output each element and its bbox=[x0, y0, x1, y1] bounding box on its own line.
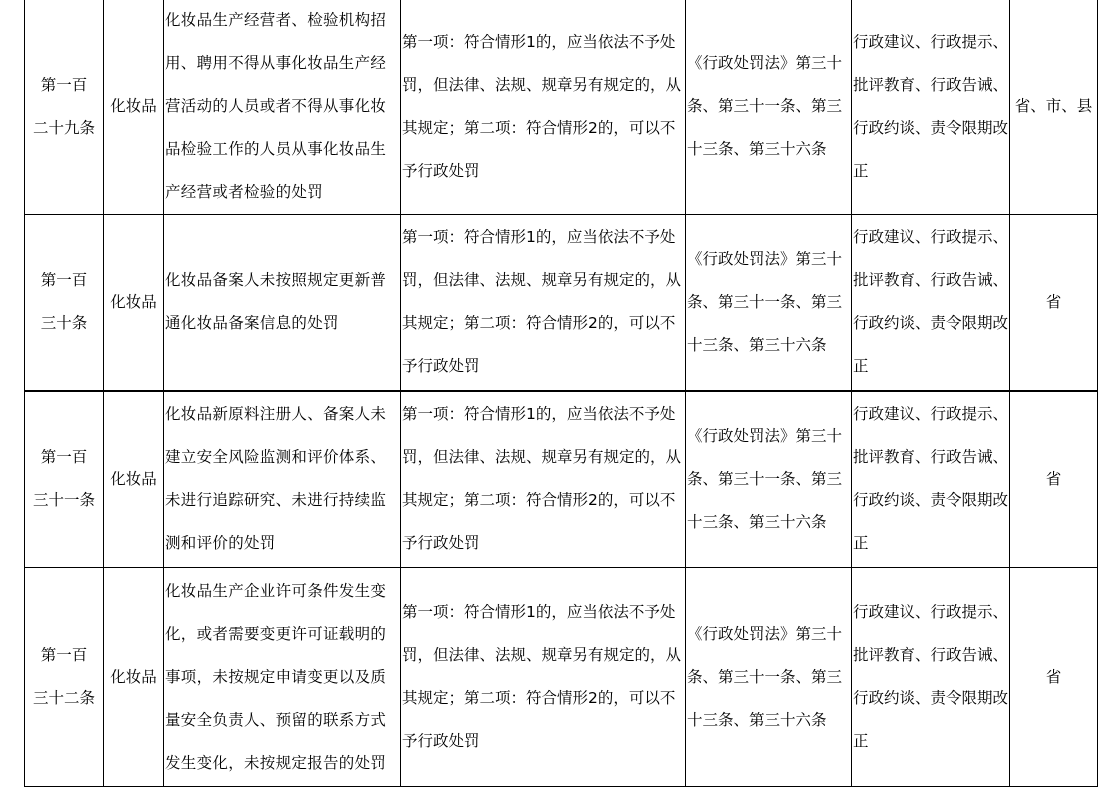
measures-cell: 行政建议、行政提示、批评教育、行政告诫、行政约谈、责令限期改正 bbox=[852, 215, 1010, 391]
penalty-exemption-table: 第一百 二十九条 化妆品 化妆品生产经营者、检验机构招用、聘用不得从事化妆品生产… bbox=[24, 0, 1098, 787]
violation-cell: 化妆品生产企业许可条件发生变化，或者需要变更许可证载明的事项，未按规定申请变更以… bbox=[164, 568, 401, 787]
level-cell: 省、市、县 bbox=[1010, 0, 1098, 215]
category-cell: 化妆品 bbox=[104, 0, 164, 215]
violation-cell: 化妆品新原料注册人、备案人未建立安全风险监测和评价体系、未进行追踪研究、未进行持… bbox=[164, 391, 401, 568]
article-line-1: 第一百 bbox=[25, 259, 103, 302]
level-cell: 省 bbox=[1010, 215, 1098, 391]
exemption-cell: 第一项：符合情形1的，应当依法不予处罚，但法律、法规、规章另有规定的，从其规定；… bbox=[401, 215, 686, 391]
article-cell: 第一百 二十九条 bbox=[25, 0, 104, 215]
legal-basis-cell: 《行政处罚法》第三十条、第三十一条、第三十三条、第三十六条 bbox=[686, 568, 852, 787]
legal-basis-cell: 《行政处罚法》第三十条、第三十一条、第三十三条、第三十六条 bbox=[686, 0, 852, 215]
exemption-cell: 第一项：符合情形1的，应当依法不予处罚，但法律、法规、规章另有规定的，从其规定；… bbox=[401, 391, 686, 568]
category-cell: 化妆品 bbox=[104, 568, 164, 787]
article-line-1: 第一百 bbox=[25, 64, 103, 107]
table-row: 第一百 二十九条 化妆品 化妆品生产经营者、检验机构招用、聘用不得从事化妆品生产… bbox=[25, 0, 1098, 215]
category-cell: 化妆品 bbox=[104, 391, 164, 568]
measures-cell: 行政建议、行政提示、批评教育、行政告诫、行政约谈、责令限期改正 bbox=[852, 568, 1010, 787]
category-cell: 化妆品 bbox=[104, 215, 164, 391]
article-line-2: 三十二条 bbox=[25, 677, 103, 720]
article-line-2: 三十一条 bbox=[25, 479, 103, 522]
level-cell: 省 bbox=[1010, 391, 1098, 568]
article-line-1: 第一百 bbox=[25, 634, 103, 677]
violation-cell: 化妆品备案人未按照规定更新普通化妆品备案信息的处罚 bbox=[164, 215, 401, 391]
article-line-2: 三十条 bbox=[25, 302, 103, 345]
exemption-cell: 第一项：符合情形1的，应当依法不予处罚，但法律、法规、规章另有规定的，从其规定；… bbox=[401, 568, 686, 787]
legal-basis-cell: 《行政处罚法》第三十条、第三十一条、第三十三条、第三十六条 bbox=[686, 391, 852, 568]
article-line-2: 二十九条 bbox=[25, 107, 103, 150]
legal-basis-cell: 《行政处罚法》第三十条、第三十一条、第三十三条、第三十六条 bbox=[686, 215, 852, 391]
table-row: 第一百 三十二条 化妆品 化妆品生产企业许可条件发生变化，或者需要变更许可证载明… bbox=[25, 568, 1098, 787]
table-row: 第一百 三十条 化妆品 化妆品备案人未按照规定更新普通化妆品备案信息的处罚 第一… bbox=[25, 215, 1098, 391]
measures-cell: 行政建议、行政提示、批评教育、行政告诫、行政约谈、责令限期改正 bbox=[852, 391, 1010, 568]
article-cell: 第一百 三十二条 bbox=[25, 568, 104, 787]
violation-cell: 化妆品生产经营者、检验机构招用、聘用不得从事化妆品生产经营活动的人员或者不得从事… bbox=[164, 0, 401, 215]
exemption-cell: 第一项：符合情形1的，应当依法不予处罚，但法律、法规、规章另有规定的，从其规定；… bbox=[401, 0, 686, 215]
article-line-1: 第一百 bbox=[25, 436, 103, 479]
article-cell: 第一百 三十一条 bbox=[25, 391, 104, 568]
measures-cell: 行政建议、行政提示、批评教育、行政告诫、行政约谈、责令限期改正 bbox=[852, 0, 1010, 215]
table-row: 第一百 三十一条 化妆品 化妆品新原料注册人、备案人未建立安全风险监测和评价体系… bbox=[25, 391, 1098, 568]
article-cell: 第一百 三十条 bbox=[25, 215, 104, 391]
level-cell: 省 bbox=[1010, 568, 1098, 787]
